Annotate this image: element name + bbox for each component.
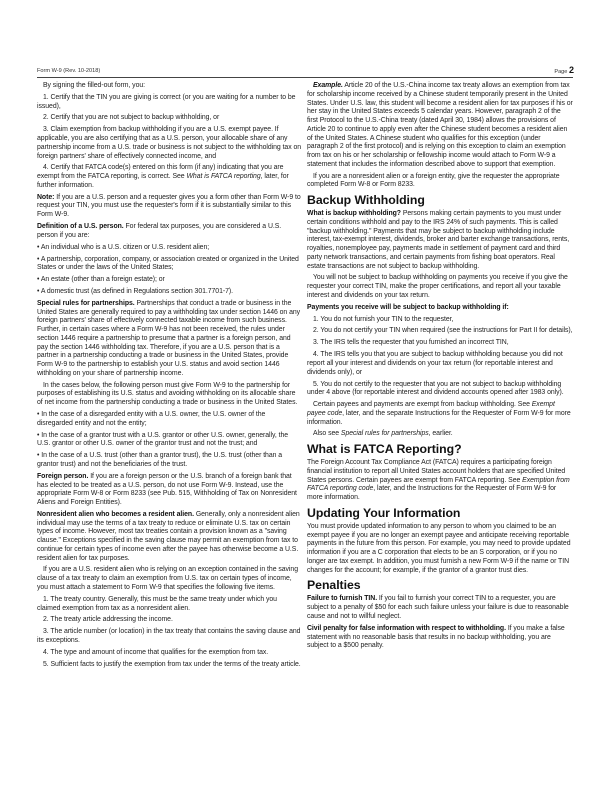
failure-paragraph: Failure to furnish TIN. If you fail to f…	[307, 595, 573, 621]
payments-item-1: 1. You do not furnish your TIN to the re…	[307, 316, 573, 325]
page-label: Page	[554, 69, 567, 75]
cert-item-3: 3. Claim exemption from backup withholdi…	[37, 126, 302, 161]
note-paragraph: Note: If you are a U.S. person and a req…	[37, 194, 302, 220]
cert-item-2: 2. Certify that you are not subject to b…	[37, 114, 302, 123]
left-column: By signing the filled-out form, you: 1. …	[37, 82, 302, 673]
fatca-reference-link: What is FATCA reporting	[186, 173, 260, 180]
exempt-paragraph: Certain payees and payments are exempt f…	[307, 401, 573, 427]
five-item-3: 3. The article number (or location) in t…	[37, 628, 302, 646]
definition-paragraph: Definition of a U.S. person. For federal…	[37, 223, 302, 241]
def-bullet-1: An individual who is a U.S. citizen or U…	[37, 244, 302, 253]
special-rules-paragraph: Special rules for partnerships. Partners…	[37, 300, 302, 379]
def-bullet-4: A domestic trust (as defined in Regulati…	[37, 288, 302, 297]
case-bullet-2: In the case of a grantor trust with a U.…	[37, 432, 302, 450]
payments-item-2: 2. You do not certify your TIN when requ…	[307, 327, 573, 336]
nonresident-entity-paragraph: If you are a nonresident alien or a fore…	[307, 173, 573, 191]
fatca-heading: What is FATCA Reporting?	[307, 443, 573, 456]
updating-heading: Updating Your Information	[307, 507, 573, 520]
page-number-value: 2	[569, 65, 574, 75]
cert-item-4: 4. Certify that FATCA code(s) entered on…	[37, 164, 302, 190]
payments-item-4: 4. The IRS tells you that you are subjec…	[307, 351, 573, 377]
cert-item-1: 1. Certify that the TIN you are giving i…	[37, 94, 302, 112]
intro-paragraph: By signing the filled-out form, you:	[37, 82, 302, 91]
also-see-paragraph: Also see Special rules for partnerships,…	[307, 430, 573, 439]
def-bullet-3: An estate (other than a foreign estate);…	[37, 276, 302, 285]
page-number: Page 2	[554, 65, 574, 75]
nonresident-paragraph: Nonresident alien who becomes a resident…	[37, 511, 302, 564]
example-paragraph: Example. Article 20 of the U.S.-China in…	[307, 82, 573, 170]
def-bullet-2: A partnership, corporation, company, or …	[37, 256, 302, 274]
header-rule	[37, 77, 573, 78]
form-id: Form W-9 (Rev. 10-2018)	[37, 68, 100, 74]
five-item-2: 2. The treaty article addressing the inc…	[37, 616, 302, 625]
backup-withholding-heading: Backup Withholding	[307, 194, 573, 207]
case-bullet-3: In the case of a U.S. trust (other than …	[37, 452, 302, 470]
backup-definition-paragraph: What is backup withholding? Persons maki…	[307, 210, 573, 271]
payments-item-3: 3. The IRS tells the requester that you …	[307, 339, 573, 348]
five-item-1: 1. The treaty country. Generally, this m…	[37, 596, 302, 614]
right-column: Example. Article 20 of the U.S.-China in…	[307, 82, 573, 654]
payments-item-5: 5. You do not certify to the requester t…	[307, 381, 573, 399]
payments-subheading: Payments you receive will be subject to …	[307, 304, 573, 313]
cases-intro: In the cases below, the following person…	[37, 382, 302, 408]
penalties-heading: Penalties	[307, 579, 573, 592]
fatca-paragraph: The Foreign Account Tax Compliance Act (…	[307, 459, 573, 503]
civil-penalty-paragraph: Civil penalty for false information with…	[307, 625, 573, 651]
resident-intro: If you are a U.S. resident alien who is …	[37, 566, 302, 592]
case-bullet-1: In the case of a disregarded entity with…	[37, 411, 302, 429]
five-item-5: 5. Sufficient facts to justify the exemp…	[37, 661, 302, 670]
updating-paragraph: You must provide updated information to …	[307, 523, 573, 576]
foreign-person-paragraph: Foreign person. If you are a foreign per…	[37, 473, 302, 508]
not-subject-paragraph: You will not be subject to backup withho…	[307, 274, 573, 300]
special-rules-link: Special rules for partnerships	[341, 430, 429, 437]
five-item-4: 4. The type and amount of income that qu…	[37, 649, 302, 658]
